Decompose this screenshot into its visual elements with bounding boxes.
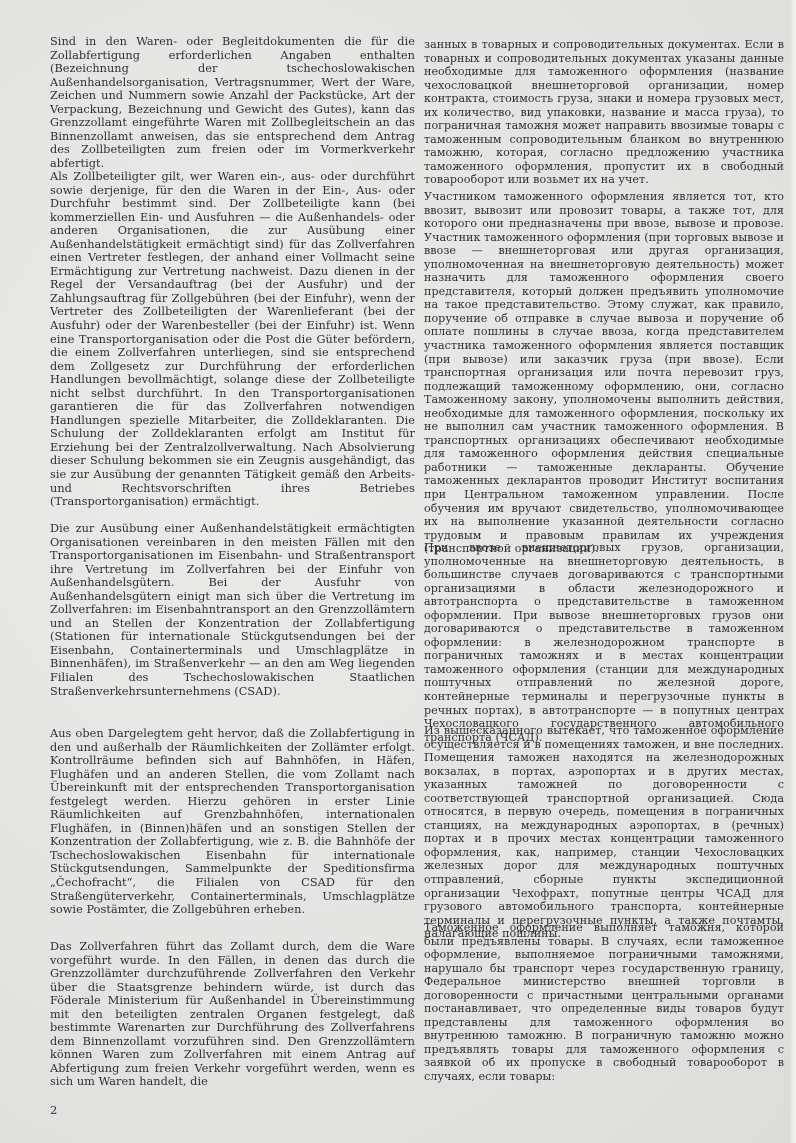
german-paragraph-2: Als Zollbeteiligter gilt, wer Waren ein-…: [50, 170, 415, 509]
german-paragraph-5: Das Zollverfahren führt das Zollamt durc…: [50, 940, 415, 1089]
russian-paragraph-3: При ввозе внешнеторговых грузов, организ…: [424, 541, 784, 744]
page-number: 2: [50, 1103, 57, 1117]
german-paragraph-3: Die zur Ausübung einer Außenhandelstätig…: [50, 522, 415, 698]
russian-paragraph-1: занных в товарных и сопроводительных док…: [424, 38, 784, 187]
german-paragraph-1: Sind in den Waren- oder Begleitdokumente…: [50, 35, 415, 170]
russian-paragraph-5: Таможенное оформление выполняет таможня,…: [424, 921, 784, 1084]
russian-paragraph-2: Участником таможенного оформления являет…: [424, 190, 784, 556]
german-paragraph-4: Aus oben Dargelegtem geht hervor, daß di…: [50, 727, 415, 917]
document-page: Sind in den Waren- oder Begleitdokumente…: [0, 0, 796, 1143]
russian-paragraph-4: Из вышесказанного вытекает, что таможенн…: [424, 724, 784, 941]
